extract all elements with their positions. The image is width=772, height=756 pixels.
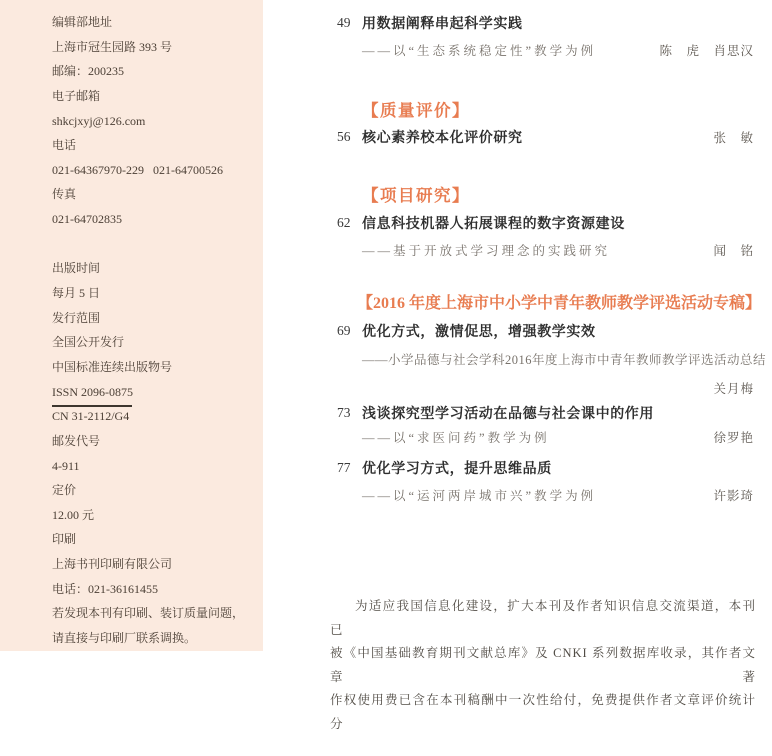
indexing-notice-line: 为适应我国信息化建设，扩大本刊及作者知识信息交流渠道，本刊已 bbox=[330, 595, 756, 642]
toc-page-number: 77 bbox=[337, 460, 355, 476]
sidebar-info-line: 编辑部地址 bbox=[52, 10, 263, 35]
sidebar-info-line: 出版时间 bbox=[52, 256, 263, 281]
toc-article-title: 核心素养校本化评价研究 bbox=[362, 127, 523, 147]
toc-authors: 张 敏 bbox=[713, 128, 756, 146]
sidebar-info-line bbox=[52, 232, 263, 257]
toc-section-heading-row: 【2016 年度上海市中小学中青年教师教学评选活动专稿】 bbox=[337, 288, 756, 314]
toc-page-number: 62 bbox=[337, 215, 355, 231]
toc-article-title: 优化学习方式，提升思维品质 bbox=[362, 458, 552, 478]
sidebar-info-line: 上海书刊印刷有限公司 bbox=[52, 552, 263, 577]
sidebar-info-line: 中国标准连续出版物号 bbox=[52, 355, 263, 380]
sidebar-info-line: 邮发代号 bbox=[52, 429, 263, 454]
toc-author-row: 关月梅 bbox=[337, 376, 756, 400]
indexing-notice-line: 被《中国基础教育期刊文献总库》及 CNKI 系列数据库收录，其作者文章著 bbox=[330, 642, 756, 689]
toc-entry: 73 浅谈探究型学习活动在品德与社会课中的作用 bbox=[337, 401, 756, 425]
toc-page-number: 49 bbox=[337, 15, 355, 31]
toc-subtitle-row: ——以“生态系统稳定性”教学为例 陈 虎 肖思汉 bbox=[337, 38, 756, 62]
toc-section-heading-row: 【质量评价】 bbox=[337, 96, 756, 122]
sidebar-publication-info: 编辑部地址上海市冠生园路 393 号邮编：200235电子邮箱shkcjxyj@… bbox=[0, 0, 263, 651]
toc-article-title: 优化方式，激情促思，增强教学实效 bbox=[362, 321, 596, 341]
sidebar-info-line: 若发现本刊有印刷、装订质量问题， bbox=[52, 601, 263, 626]
indexing-notice-line: 作权使用费已含在本刊稿酬中一次性给付，免费提供作者文章评价统计分 bbox=[330, 689, 756, 736]
toc-authors: 徐罗艳 bbox=[713, 428, 756, 446]
sidebar-info-line: 定价 bbox=[52, 478, 263, 503]
toc-subtitle-row: ——以“求医问药”教学为例 徐罗艳 bbox=[337, 425, 756, 449]
toc-article-title: 信息科技机器人拓展课程的数字资源建设 bbox=[362, 213, 625, 233]
section-heading-project-research: 【项目研究】 bbox=[337, 182, 470, 206]
toc-article-title: 用数据阐释串起科学实践 bbox=[362, 13, 523, 33]
toc-authors: 陈 虎 肖思汉 bbox=[659, 41, 756, 59]
toc-authors: 关月梅 bbox=[713, 379, 756, 397]
sidebar-info-line: 电子邮箱 bbox=[52, 84, 263, 109]
toc-subtitle-row: ——基于开放式学习理念的实践研究 闻 铭 bbox=[337, 238, 756, 262]
indexing-notice: 为适应我国信息化建设，扩大本刊及作者知识信息交流渠道，本刊已 被《中国基础教育期… bbox=[330, 595, 756, 736]
toc-article-subtitle: ——小学品德与社会学科2016年度上海市中青年教师教学评选活动总结 bbox=[362, 350, 766, 368]
toc-subtitle-row: ——以“运河两岸城市兴”教学为例 许影琦 bbox=[337, 483, 756, 507]
sidebar-info-line: shkcjxyj@126.com bbox=[52, 109, 263, 134]
toc-page-number: 56 bbox=[337, 129, 355, 145]
toc-entry: 49 用数据阐释串起科学实践 bbox=[337, 11, 756, 35]
sidebar-info-lines: 编辑部地址上海市冠生园路 393 号邮编：200235电子邮箱shkcjxyj@… bbox=[0, 0, 263, 651]
toc-page-number: 69 bbox=[337, 323, 355, 339]
sidebar-info-line: 电话：021-36161455 bbox=[52, 577, 263, 602]
sidebar-info-line: 传真 bbox=[52, 182, 263, 207]
toc-article-title: 浅谈探究型学习活动在品德与社会课中的作用 bbox=[362, 403, 654, 423]
toc-entry: 77 优化学习方式，提升思维品质 bbox=[337, 456, 756, 480]
toc-entry: 62 信息科技机器人拓展课程的数字资源建设 bbox=[337, 211, 756, 235]
toc-article-subtitle: ——以“生态系统稳定性”教学为例 bbox=[362, 41, 596, 59]
toc-authors: 许影琦 bbox=[713, 486, 756, 504]
toc-section-heading-row: 【项目研究】 bbox=[337, 181, 756, 207]
sidebar-info-line: 邮编：200235 bbox=[52, 59, 263, 84]
sidebar-info-line: 电话 bbox=[52, 133, 263, 158]
toc-entry: 56 核心素养校本化评价研究 张 敏 bbox=[337, 125, 756, 149]
toc-entry: 69 优化方式，激情促思，增强教学实效 bbox=[337, 319, 756, 343]
sidebar-info-line: 021-64367970-229 021-64700526 bbox=[52, 158, 263, 183]
sidebar-info-line: 全国公开发行 bbox=[52, 330, 263, 355]
sidebar-info-line: CN 31-2112/G4 bbox=[52, 404, 263, 429]
toc-subtitle-row: ——小学品德与社会学科2016年度上海市中青年教师教学评选活动总结 bbox=[337, 347, 756, 371]
sidebar-info-line: 每月 5 日 bbox=[52, 281, 263, 306]
section-heading-2016-special: 【2016 年度上海市中小学中青年教师教学评选活动专稿】 bbox=[337, 290, 761, 313]
section-heading-quality-evaluation: 【质量评价】 bbox=[337, 97, 470, 121]
toc-article-subtitle: ——以“求医问药”教学为例 bbox=[362, 428, 550, 446]
toc-article-subtitle: ——以“运河两岸城市兴”教学为例 bbox=[362, 486, 596, 504]
sidebar-info-line: 发行范围 bbox=[52, 306, 263, 331]
sidebar-info-line: ISSN 2096-0875 bbox=[52, 380, 263, 405]
toc-authors: 闻 铭 bbox=[713, 241, 756, 259]
sidebar-info-line: 请直接与印刷厂联系调换。 bbox=[52, 626, 263, 651]
toc-article-subtitle: ——基于开放式学习理念的实践研究 bbox=[362, 241, 610, 259]
sidebar-info-line: 4-911 bbox=[52, 454, 263, 479]
toc-column: 49 用数据阐释串起科学实践 ——以“生态系统稳定性”教学为例 陈 虎 肖思汉 … bbox=[337, 0, 756, 600]
sidebar-info-line: 印刷 bbox=[52, 527, 263, 552]
journal-toc-page: 编辑部地址上海市冠生园路 393 号邮编：200235电子邮箱shkcjxyj@… bbox=[0, 0, 772, 756]
issn-divider-rule bbox=[52, 405, 132, 407]
sidebar-info-line: 上海市冠生园路 393 号 bbox=[52, 35, 263, 60]
sidebar-info-line: 021-64702835 bbox=[52, 207, 263, 232]
toc-page-number: 73 bbox=[337, 405, 355, 421]
sidebar-info-line: 12.00 元 bbox=[52, 503, 263, 528]
